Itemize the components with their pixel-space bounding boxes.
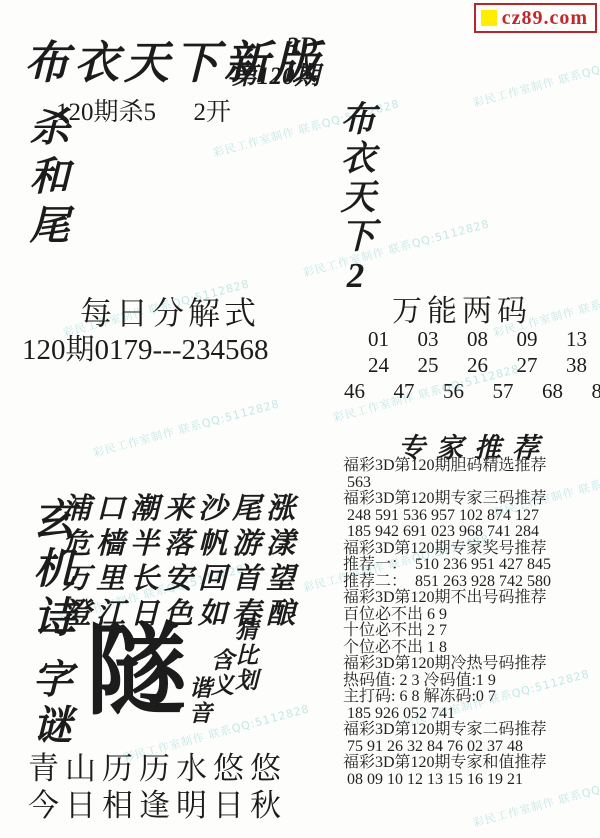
expert-line: 主打码: 6 8 解冻码:0 7 (343, 689, 599, 706)
two-codes-row: 46 47 56 57 68 89 (344, 378, 600, 404)
expert-line: 福彩3D第120期不出号码推荐 (343, 590, 599, 607)
expert-line: 十位必不出 2 7 (343, 623, 599, 640)
expert-line: 563 (343, 475, 599, 492)
expert-line: 推荐二： 851 263 928 742 580 (343, 574, 599, 591)
site-url: cz89.com (502, 7, 588, 30)
mystery-poem: 浦口潮来沙尾涨 危樯半落帆游漾 万里长安回首望 澄江日色如春酿 (62, 492, 300, 632)
expert-line: 08 09 10 12 13 15 16 19 21 (343, 772, 599, 789)
brand-vertical-text: 布衣天下 (336, 100, 375, 256)
bottom-poem-line: 今日相逢明日秋 (28, 787, 287, 824)
expert-line: 福彩3D第120期专家二码推荐 (343, 722, 599, 739)
expert-line: 百位必不出 6 9 (343, 607, 599, 624)
studio-watermark: 彩民工作室制作 联系QQ:5112828 (91, 395, 281, 460)
yellow-square-icon (481, 10, 497, 26)
two-codes-title: 万能两码 (392, 286, 532, 330)
expert-line: 185 926 052 741 (343, 706, 599, 723)
expert-line: 推荐一： 510 236 951 427 845 (343, 557, 599, 574)
mystery-poem-line: 危樯半落帆游漾 (62, 527, 300, 562)
bottom-poem: 青山历历水悠悠 今日相逢明日秋 (28, 750, 287, 824)
brand-vertical: 布衣天下2 (330, 100, 380, 299)
kill-sum-tail-label: 杀和尾 (18, 106, 75, 253)
site-badge[interactable]: cz89.com (474, 3, 597, 33)
buyi-tianxia-sheet: 彩民工作室制作 联系QQ:5112828 彩民工作室制作 联系QQ:511282… (0, 0, 600, 838)
expert-line: 248 591 536 957 102 874 127 (343, 508, 599, 525)
riddle-hint-column: 谐音 (182, 676, 215, 726)
two-codes-grid: 01 03 08 09 13 18 19? 24 25 26 27 38 39 … (344, 326, 600, 404)
mystery-poem-line: 浦口潮来沙尾涨 (62, 492, 300, 527)
kill-number-line: 120期杀5 2开 (56, 92, 231, 128)
expert-recommendation-list: 福彩3D第120期胆码精选推荐 563 福彩3D第120期专家三码推荐 248 … (343, 458, 599, 788)
brand-vertical-number: 2 (336, 256, 375, 299)
expert-line: 福彩3D第120期专家三码推荐 (343, 491, 599, 508)
riddle-character: 隧 (86, 622, 186, 722)
daily-decomposition-formula: 120期0179---234568 (22, 327, 268, 368)
issue-label: 第120期 (232, 56, 320, 92)
expert-line: 福彩3D第120期专家和值推荐 (343, 755, 599, 772)
riddle-label: 一字谜 (21, 612, 78, 750)
expert-line: 福彩3D第120期专家奖号推荐 (343, 541, 599, 558)
expert-line: 185 942 691 023 968 741 284 (343, 524, 599, 541)
expert-line: 个位必不出 1 8 (343, 640, 599, 657)
studio-watermark: 彩民工作室制作 联系QQ:5112828 (471, 45, 600, 110)
expert-line: 福彩3D第120期冷热号码推荐 (343, 656, 599, 673)
expert-line: 热码值: 2 3 冷码值:1 9 (343, 673, 599, 690)
mystery-poem-line: 万里长安回首望 (62, 562, 300, 597)
expert-line: 75 91 26 32 84 76 02 37 48 (343, 739, 599, 756)
two-codes-row: 01 03 08 09 13 18 19? (344, 326, 600, 352)
bottom-poem-line: 青山历历水悠悠 (28, 750, 287, 787)
two-codes-row: 24 25 26 27 38 39 45? (344, 352, 600, 378)
expert-line: 福彩3D第120期胆码精选推荐 (343, 458, 599, 475)
